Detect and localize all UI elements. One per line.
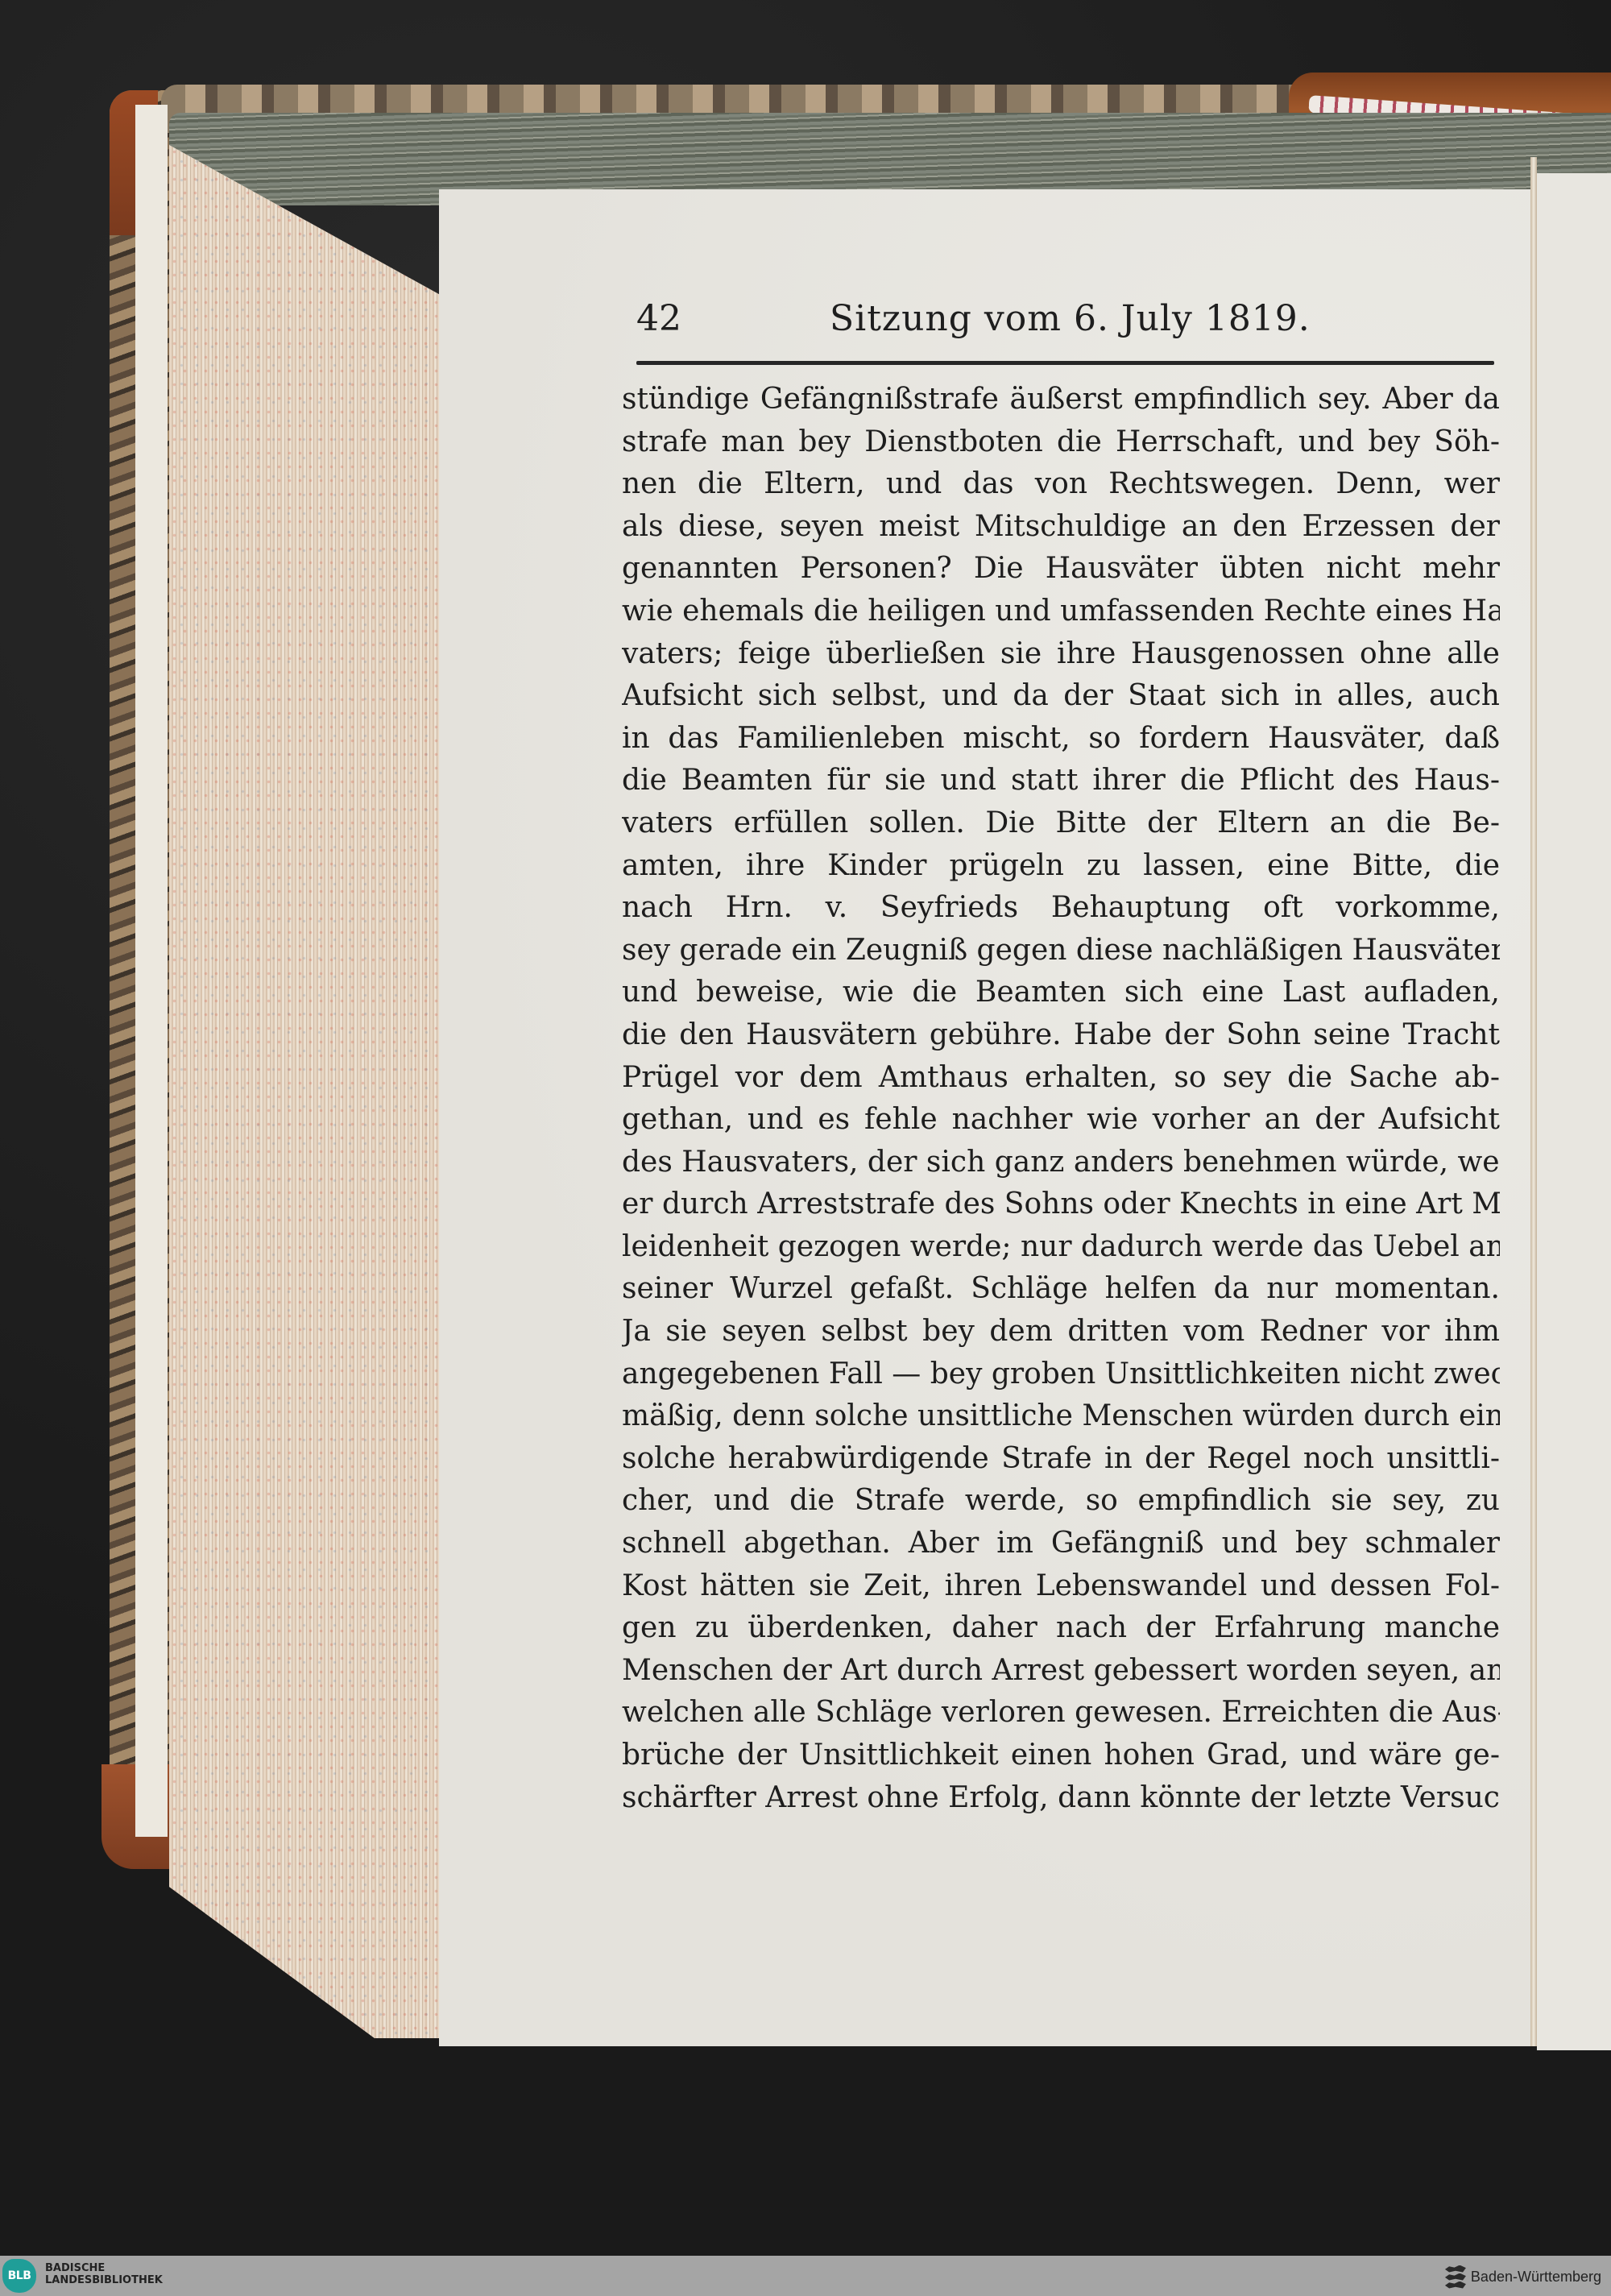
text-line: die den Hausvätern gebühre. Habe der Soh… — [622, 1014, 1500, 1057]
book-page-right-edge — [1537, 173, 1611, 2050]
lion-icon — [1445, 2281, 1466, 2289]
text-line: als diese, seyen meist Mitschuldige an d… — [622, 506, 1500, 549]
text-line: Menschen der Art durch Arrest gebessert … — [622, 1650, 1500, 1693]
text-line: wie ehemals die heiligen und umfassenden… — [622, 591, 1500, 633]
blb-name-line1: BADISCHE — [45, 2262, 163, 2274]
three-lions-coat-of-arms-icon — [1445, 2265, 1466, 2289]
text-line: schärfter Arrest ohne Erfolg, dann könnt… — [622, 1777, 1500, 1820]
text-line: solche herabwürdigende Strafe in der Reg… — [622, 1438, 1500, 1481]
blb-name-line2: LANDESBIBLIOTHEK — [45, 2274, 163, 2286]
book-endpaper — [135, 105, 168, 1837]
text-line: strafe man bey Dienstboten die Herrschaf… — [622, 421, 1500, 464]
text-line: genannten Personen? Die Hausväter übten … — [622, 548, 1500, 591]
text-line: seiner Wurzel gefaßt. Schläge helfen da … — [622, 1268, 1500, 1311]
running-head: Sitzung vom 6. July 1819. — [830, 298, 1311, 339]
page-number: 42 — [636, 298, 681, 339]
text-line: nach Hrn. v. Seyfrieds Behauptung oft vo… — [622, 887, 1500, 930]
text-line: leidenheit gezogen werde; nur dadurch we… — [622, 1226, 1500, 1269]
baden-wuerttemberg-name: Baden-Württemberg — [1471, 2269, 1601, 2286]
page-body-text: stündige Gefängnißstrafe äußerst empfind… — [622, 379, 1500, 1819]
blb-badge-icon: BLB — [2, 2259, 36, 2293]
text-line: welchen alle Schläge verloren gewesen. E… — [622, 1692, 1500, 1734]
text-line: Prügel vor dem Amthaus erhalten, so sey … — [622, 1057, 1500, 1100]
text-line: gen zu überdenken, daher nach der Erfahr… — [622, 1607, 1500, 1650]
text-line: in das Familienleben mischt, so fordern … — [622, 718, 1500, 760]
text-line: und beweise, wie die Beamten sich eine L… — [622, 972, 1500, 1014]
text-line: stündige Gefängnißstrafe äußerst empfind… — [622, 379, 1500, 421]
baden-wuerttemberg-logo[interactable]: Baden-Württemberg — [1445, 2262, 1601, 2291]
text-line: vaters erfüllen sollen. Die Bitte der El… — [622, 802, 1500, 845]
text-line: Kost hätten sie Zeit, ihren Lebenswandel… — [622, 1565, 1500, 1608]
text-line: des Hausvaters, der sich ganz anders ben… — [622, 1142, 1500, 1184]
lion-icon — [1445, 2265, 1466, 2273]
page-block-sprinkled-edge — [169, 145, 443, 2038]
text-line: angegebenen Fall — bey groben Unsittlich… — [622, 1353, 1500, 1396]
text-line: schnell abgethan. Aber im Gefängniß und … — [622, 1523, 1500, 1565]
text-line: die Beamten für sie und statt ihrer die … — [622, 760, 1500, 802]
text-line: vaters; feige überließen sie ihre Hausge… — [622, 633, 1500, 676]
text-line: amten, ihre Kinder prügeln zu lassen, ei… — [622, 845, 1500, 888]
footer-bar: BLB BADISCHE LANDESBIBLIOTHEK Baden-Würt… — [0, 2256, 1611, 2296]
text-line: mäßig, denn solche unsittliche Menschen … — [622, 1395, 1500, 1438]
header-rule — [636, 361, 1494, 365]
text-line: sey gerade ein Zeugniß gegen diese nachl… — [622, 930, 1500, 972]
blb-name: BADISCHE LANDESBIBLIOTHEK — [45, 2262, 163, 2286]
text-line: er durch Arreststrafe des Sohns oder Kne… — [622, 1183, 1500, 1226]
text-line: Ja sie seyen selbst bey dem dritten vom … — [622, 1311, 1500, 1353]
text-line: cher, und die Strafe werde, so empfindli… — [622, 1480, 1500, 1523]
page-header: 42 Sitzung vom 6. July 1819. — [636, 298, 1482, 346]
book-gutter — [1530, 157, 1537, 2046]
text-line: Aufsicht sich selbst, und da der Staat s… — [622, 675, 1500, 718]
lion-icon — [1445, 2273, 1466, 2281]
text-line: nen die Eltern, und das von Rechtswegen.… — [622, 463, 1500, 506]
text-line: brüche der Unsittlichkeit einen hohen Gr… — [622, 1734, 1500, 1777]
text-line: gethan, und es fehle nachher wie vorher … — [622, 1099, 1500, 1142]
